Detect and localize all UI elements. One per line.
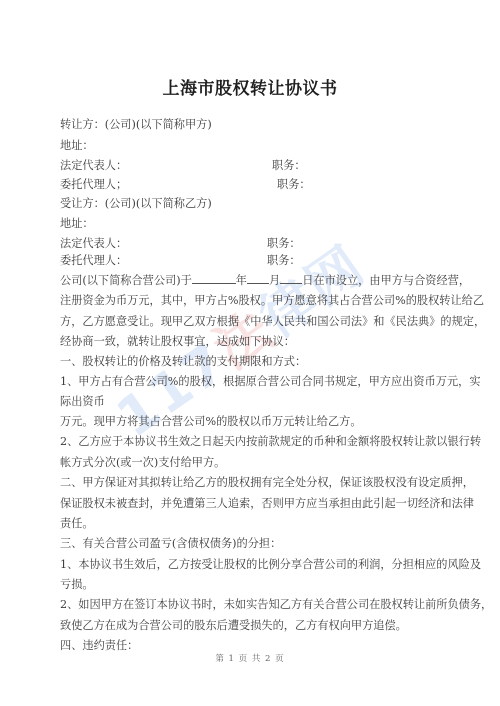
preamble-line-1: 公司(以下简称合营公司)于年月日在市设立，由甲方与合资经营， (60, 273, 470, 288)
section3-item2-line2: 致使乙方在成为合营公司的股东后遭受损失的，乙方有权向甲方追偿。 (60, 619, 407, 633)
document-page: 117法律网 上海市股权转让协议书 转让方：(公司)(以下简称甲方) 地址： 法… (0, 0, 500, 706)
document-title: 上海市股权转让协议书 (0, 74, 500, 99)
section2-line1: 二、甲方保证对其拟转让给乙方的股权拥有完全处分权，保证该股权没有设定质押， (60, 476, 442, 490)
transferor-legal-rep: 法定代表人： (60, 159, 127, 173)
transferee-legal-rep: 法定代表人： (60, 237, 127, 251)
section2-line3: 责任。 (60, 517, 94, 531)
page-number: 第 1 页 共 2 页 (0, 652, 500, 664)
transferor-legal-rep-duty: 职务： (272, 159, 306, 173)
section3-item2-line1: 2、如因甲方在签订本协议书时，未如实告知乙方有关合营公司在股权转让前所负债务， (60, 598, 442, 612)
preamble-line-2: 注册资金为币万元，其中，甲方占%股权。甲方愿意将其占合营公司%的股权转让给乙 (60, 294, 442, 308)
transferee-agent: 委托代理人： (60, 254, 127, 268)
transferor-label: 转让方：(公司)(以下简称甲方) (60, 118, 212, 132)
transferor-agent: 委托代理人； (60, 178, 127, 192)
transferee-address: 地址： (60, 217, 94, 231)
section1-item1-line2: 际出资币 (60, 395, 105, 409)
section3-item1-line2: 亏损。 (60, 578, 94, 592)
section1-item2-line2: 帐方式分次(或一次)支付给甲方。 (60, 456, 225, 470)
year-blank (192, 273, 236, 284)
section1-item2-line1: 2、乙方应于本协议书生效之日起天内按前款规定的币种和金额将股权转让款以银行转 (60, 435, 442, 449)
section1-item1-line3: 万元。现甲方将其占合营公司%的股权以币万元转让给乙方。 (60, 415, 362, 429)
transferor-address: 地址： (60, 139, 94, 153)
section1-item1-line1: 1、甲方占有合营公司%的股权，根据原合营公司合同书规定，甲方应出资币万元，实 (60, 375, 442, 389)
transferee-agent-duty: 职务： (267, 254, 301, 268)
section4-heading: 四、违约责任： (60, 639, 138, 653)
section3-item1-line1: 1、本协议书生效后，乙方按受让股权的比例分享合营公司的利润，分担相应的风险及 (60, 558, 442, 572)
section1-heading: 一、股权转让的价格及转让款的支付期限和方式： (60, 355, 306, 369)
transferor-agent-duty: 职务： (277, 178, 311, 192)
transferee-legal-rep-duty: 职务： (267, 237, 301, 251)
transferee-label: 受让方：(公司)(以下简称乙方) (60, 197, 212, 211)
preamble-line-4: 经协商一致，就转让股权事宜，达成如下协议： (60, 335, 295, 349)
preamble-line-3: 方，乙方愿意受让。现甲乙双方根据《中华人民共和国公司法》和《民法典》的规定， (60, 315, 442, 329)
day-blank (280, 273, 302, 284)
month-blank (247, 273, 269, 284)
section3-heading: 三、有关合营公司盈亏(含债权债务)的分担： (60, 537, 281, 551)
section2-line2: 保证股权未被查封，并免遭第三人追索，否则甲方应当承担由此引起一切经济和法律 (60, 497, 442, 511)
